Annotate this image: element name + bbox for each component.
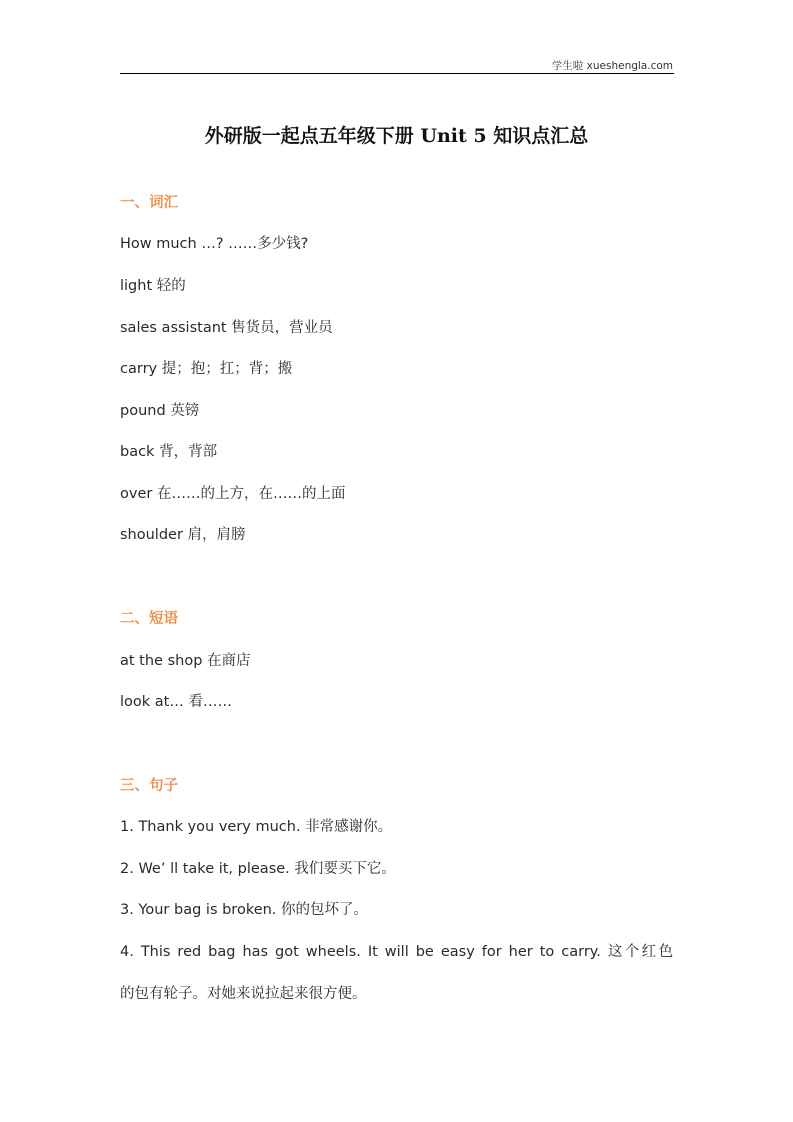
phrase-item: look at… 看……: [120, 690, 232, 711]
section-heading-vocab: 一、词汇: [120, 191, 178, 212]
vocab-item: back 背，背部: [120, 440, 217, 461]
vocab-item: shoulder 肩，肩膀: [120, 523, 246, 544]
sentence-item: 4. This red bag has got wheels. It will …: [120, 940, 673, 961]
vocab-item: sales assistant 售货员，营业员: [120, 316, 333, 337]
section-heading-sentences: 三、句子: [120, 774, 178, 795]
page-title: 外研版一起点五年级下册 Unit 5 知识点汇总: [0, 121, 793, 148]
sentence-item-continued: 的包有轮子。对她来说拉起来很方便。: [120, 982, 367, 1003]
vocab-item: How much …? ……多少钱?: [120, 232, 308, 253]
vocab-item: pound 英镑: [120, 399, 199, 420]
sentence-item: 1. Thank you very much. 非常感谢你。: [120, 815, 392, 836]
header-site-label: 学生啦 xueshengla.com: [552, 58, 673, 73]
vocab-item: light 轻的: [120, 274, 186, 295]
vocab-item: carry 提；抱；扛；背；搬: [120, 357, 292, 378]
phrase-item: at the shop 在商店: [120, 649, 251, 670]
sentence-item: 3. Your bag is broken. 你的包坏了。: [120, 898, 368, 919]
section-heading-phrases: 二、短语: [120, 607, 178, 628]
sentence-item: 2. We’ ll take it, please. 我们要买下它。: [120, 857, 396, 878]
header-rule: [120, 73, 674, 74]
vocab-item: over 在……的上方，在……的上面: [120, 482, 345, 503]
